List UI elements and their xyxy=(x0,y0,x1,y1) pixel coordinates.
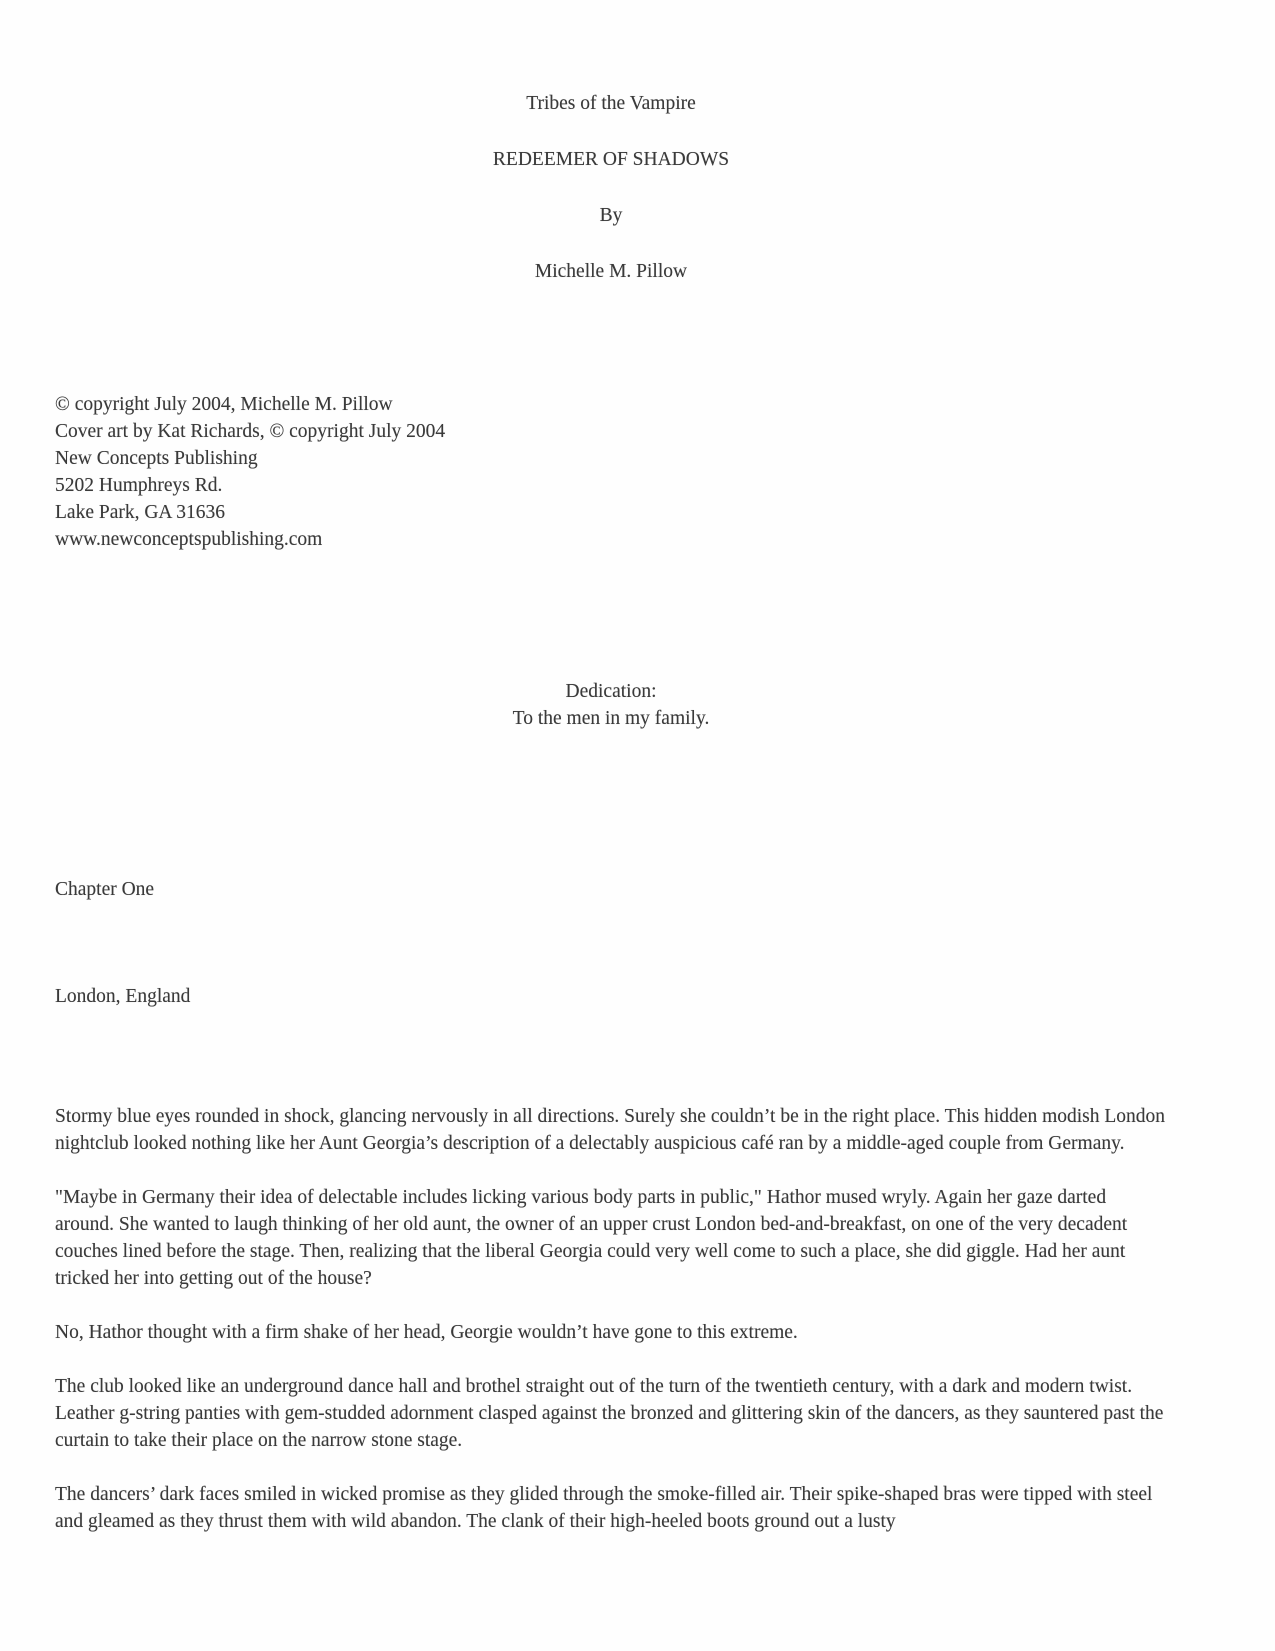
publisher-name: New Concepts Publishing xyxy=(55,445,1167,472)
body-text: Stormy blue eyes rounded in shock, glanc… xyxy=(55,1103,1167,1535)
byline: By xyxy=(55,202,1167,229)
document-page: Tribes of the Vampire REDEEMER OF SHADOW… xyxy=(0,0,1275,1651)
title-block: Tribes of the Vampire REDEEMER OF SHADOW… xyxy=(55,90,1167,285)
copyright-line-author: © copyright July 2004, Michelle M. Pillo… xyxy=(55,391,1167,418)
publisher-url: www.newconceptspublishing.com xyxy=(55,526,1167,553)
dedication-block: Dedication: To the men in my family. xyxy=(55,678,1167,732)
copyright-line-cover-art: Cover art by Kat Richards, © copyright J… xyxy=(55,418,1167,445)
publisher-address-city: Lake Park, GA 31636 xyxy=(55,499,1167,526)
body-paragraph-4: The club looked like an underground danc… xyxy=(55,1373,1167,1454)
dedication-text: To the men in my family. xyxy=(55,705,1167,732)
chapter-heading: Chapter One xyxy=(55,876,1167,903)
dedication-heading: Dedication: xyxy=(55,678,1167,705)
series-title: Tribes of the Vampire xyxy=(55,90,1167,117)
body-paragraph-5: The dancers’ dark faces smiled in wicked… xyxy=(55,1481,1167,1535)
body-paragraph-1: Stormy blue eyes rounded in shock, glanc… xyxy=(55,1103,1167,1157)
body-paragraph-2: "Maybe in Germany their idea of delectab… xyxy=(55,1184,1167,1292)
publisher-address-street: 5202 Humphreys Rd. xyxy=(55,472,1167,499)
copyright-block: © copyright July 2004, Michelle M. Pillo… xyxy=(55,391,1167,553)
setting-line: London, England xyxy=(55,983,1167,1010)
book-title: REDEEMER OF SHADOWS xyxy=(55,146,1167,173)
author-name: Michelle M. Pillow xyxy=(55,258,1167,285)
body-paragraph-3: No, Hathor thought with a firm shake of … xyxy=(55,1319,1167,1346)
